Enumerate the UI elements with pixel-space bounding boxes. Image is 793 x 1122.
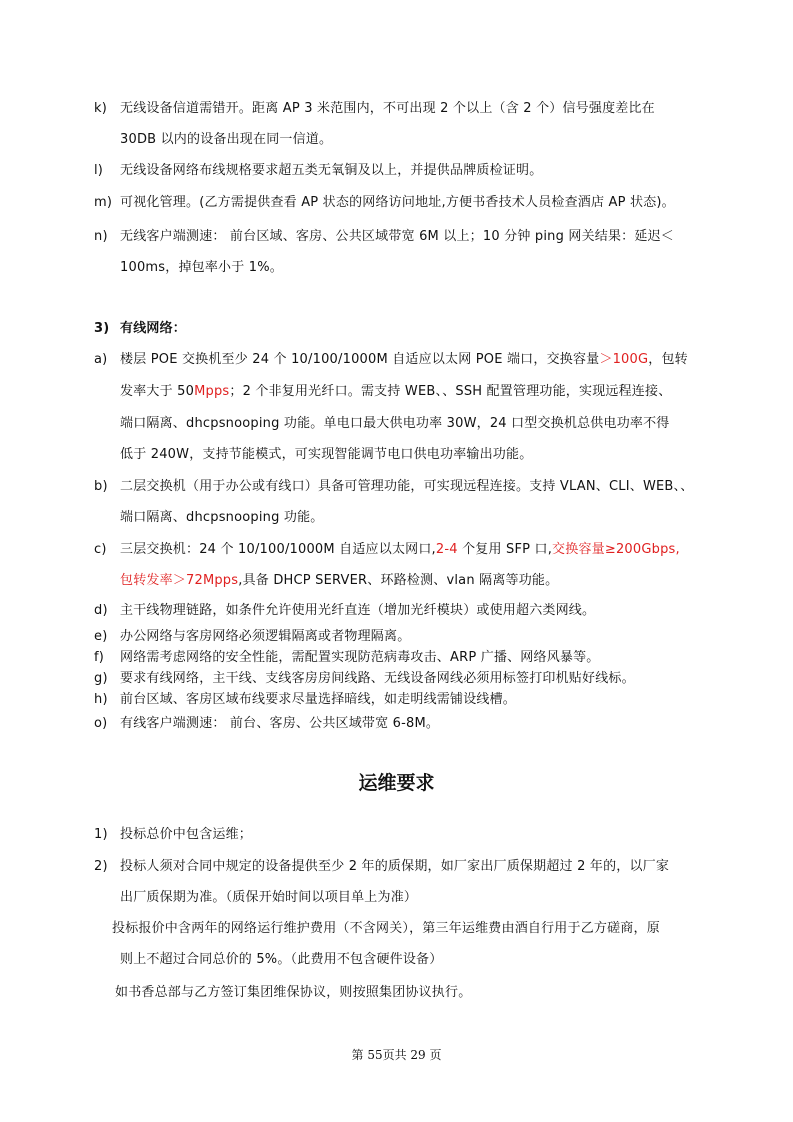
text-segment: ，包转 [648, 352, 688, 367]
document-page: k) 无线设备信道需错开。距离 AP 3 米范围内，不可出现 2 个以上（含 2… [0, 0, 793, 1122]
item-text: 办公网络与客房网络必须逻辑隔离或者物理隔离。 [120, 629, 410, 645]
item-label: k) [94, 101, 107, 117]
paragraph-group-agreement: 如书香总部与乙方签订集团维保协议，则按照集团协议执行。 [115, 985, 471, 1001]
item-text: 二层交换机（用于办公或有线口）具备可管理功能，可实现远程连接。支持 VLAN、C… [120, 479, 693, 495]
item-text: 三层交换机：24 个 10/100/1000M 自适应以太网口,2-4 个复用 … [120, 542, 680, 558]
highlight-red: 2-4 [436, 542, 458, 557]
item-text: 出厂质保期为准。（质保开始时间以项目单上为准） [120, 890, 417, 906]
item-text: 无线设备网络布线规格要求超五类无氧铜及以上，并提供品牌质检证明。 [120, 163, 542, 179]
paragraph-fees: 投标报价中含两年的网络运行维护费用（不含网关），第三年运维费由酒自行用于乙方磋商… [112, 921, 660, 937]
text-segment: 发率大于 50 [120, 384, 194, 399]
item-text: 100ms，掉包率小于 1%。 [120, 260, 283, 276]
item-text: 主干线物理链路，如条件允许使用光纤直连（增加光纤模块）或使用超六类网线。 [120, 603, 595, 619]
item-text: 端口隔离、dhcpsnooping 功能。 [120, 510, 324, 526]
item-label: o) [94, 716, 107, 732]
item-label: b) [94, 479, 108, 495]
item-label: g) [94, 671, 108, 687]
paragraph-fees-cont: 则上不超过合同总价的 5%。（此费用不包含硬件设备） [120, 952, 442, 968]
item-text: 30DB 以内的设备出现在同一信道。 [120, 132, 332, 148]
item-text: 端口隔离、dhcpsnooping 功能。单电口最大供电功率 30W，24 口型… [120, 416, 670, 432]
section-number: 3) [94, 321, 109, 337]
item-label: d) [94, 603, 108, 619]
text-segment: ,具备 DHCP SERVER、环路检测、vlan 隔离等功能。 [238, 573, 558, 588]
item-text: 低于 240W，支持节能模式，可实现智能调节电口供电功率输出功能。 [120, 447, 532, 463]
item-label: m) [94, 195, 112, 211]
item-text: 无线客户端测速： 前台区域、客房、公共区域带宽 6M 以上；10 分钟 ping… [120, 229, 674, 245]
item-text: 要求有线网络，主干线、支线客房房间线路、无线设备网线必须用标签打印机贴好线标。 [120, 671, 635, 687]
item-text: 投标人须对合同中规定的设备提供至少 2 年的质保期，如厂家出厂质保期超过 2 年… [120, 859, 669, 875]
section-heading-maintenance: 运维要求 [0, 768, 793, 795]
item-text: 楼层 POE 交换机至少 24 个 10/100/1000M 自适应以太网 PO… [120, 352, 688, 368]
item-text: 投标总价中包含运维； [120, 827, 252, 843]
highlight-red: Mpps [194, 384, 229, 399]
item-label: l) [94, 163, 103, 179]
highlight-red: ＞100G [599, 352, 648, 367]
item-label: h) [94, 692, 108, 708]
item-text: 可视化管理。(乙方需提供查看 AP 状态的网络访问地址,方便书香技术人员检查酒店… [120, 195, 675, 211]
text-segment: 个复用 SFP 口, [458, 542, 552, 557]
item-text: 网络需考虑网络的安全性能，需配置实现防范病毒攻击、ARP 广播、网络风暴等。 [120, 650, 600, 666]
item-label: n) [94, 229, 108, 245]
item-label: 1) [94, 827, 108, 843]
item-text: 发率大于 50Mpps；2 个非复用光纤口。需支持 WEB、、SSH 配置管理功… [120, 384, 671, 400]
item-text: 包转发率＞72Mpps,具备 DHCP SERVER、环路检测、vlan 隔离等… [120, 573, 558, 589]
text-segment: 楼层 POE 交换机至少 24 个 10/100/1000M 自适应以太网 PO… [120, 352, 599, 367]
item-label: e) [94, 629, 107, 645]
item-text: 无线设备信道需错开。距离 AP 3 米范围内，不可出现 2 个以上（含 2 个）… [120, 101, 655, 117]
highlight-red: 包转发率＞72Mpps [120, 573, 238, 588]
text-segment: 三层交换机：24 个 10/100/1000M 自适应以太网口, [120, 542, 436, 557]
item-label: c) [94, 542, 107, 558]
item-label: a) [94, 352, 107, 368]
page-footer: 第 55页共 29 页 [0, 1046, 793, 1063]
text-segment: ；2 个非复用光纤口。需支持 WEB、、SSH 配置管理功能，实现远程连接、 [229, 384, 671, 399]
item-label: 2) [94, 859, 108, 875]
item-label: f) [94, 650, 104, 666]
item-text: 前台区域、客房区域布线要求尽量选择暗线，如走明线需铺设线槽。 [120, 692, 516, 708]
item-text: 有线客户端测速： 前台、客房、公共区域带宽 6-8M。 [120, 716, 439, 732]
section-title: 有线网络： [120, 321, 186, 337]
highlight-red: 交换容量≥200Gbps, [552, 542, 680, 557]
